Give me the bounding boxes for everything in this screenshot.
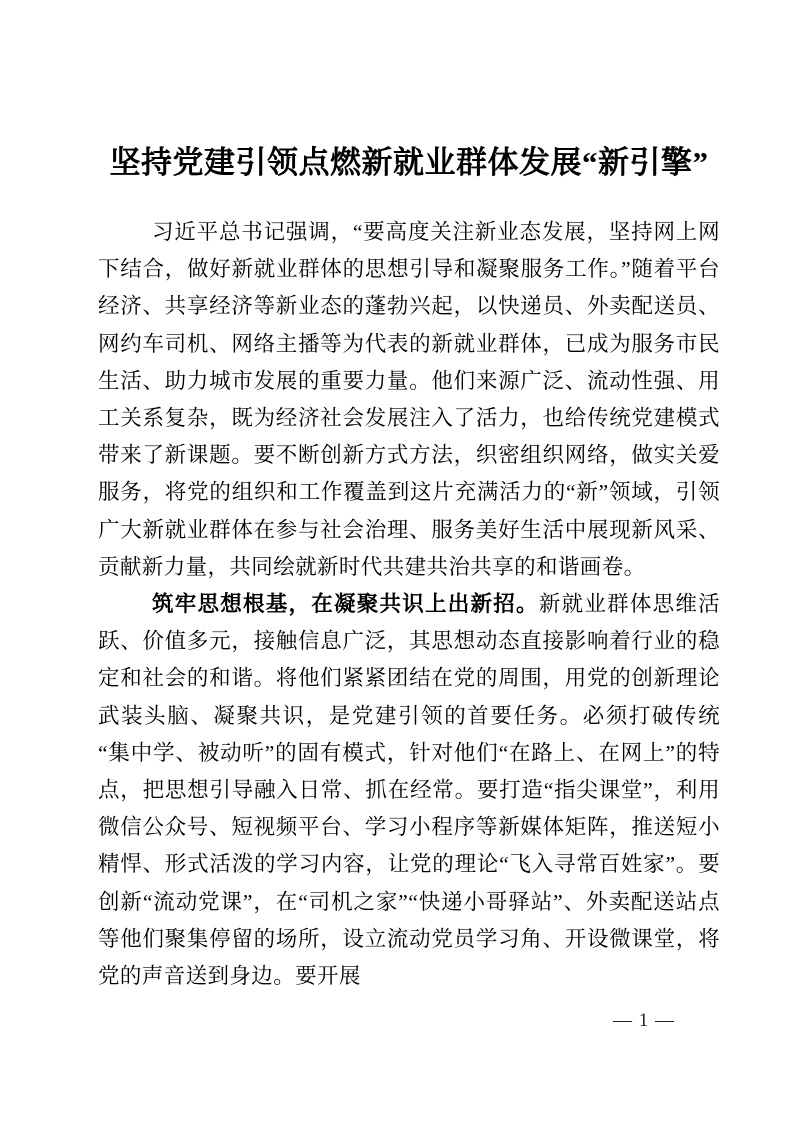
document-page: 坚持党建引领点燃新就业群体发展“新引擎” 习近平总书记强调，“要高度关注新业态发… — [0, 0, 793, 1122]
document-title: 坚持党建引领点燃新就业群体发展“新引擎” — [98, 141, 720, 185]
paragraph-2-text: 新就业群体思维活跃、价值多元，接触信息广泛，其思想动态直接影响着行业的稳定和社会… — [98, 592, 720, 988]
page-number: — 1 — — [613, 1009, 675, 1033]
paragraph-2-lead-heading: 筑牢思想根基，在凝聚共识上出新招。 — [152, 592, 539, 616]
paragraph-2: 筑牢思想根基，在凝聚共识上出新招。新就业群体思维活跃、价值多元，接触信息广泛，其… — [98, 586, 720, 995]
document-body: 习近平总书记强调，“要高度关注新业态发展，坚持网上网下结合，做好新就业群体的思想… — [98, 214, 720, 995]
paragraph-1: 习近平总书记强调，“要高度关注新业态发展，坚持网上网下结合，做好新就业群体的思想… — [98, 214, 720, 586]
paragraph-1-text: 习近平总书记强调，“要高度关注新业态发展，坚持网上网下结合，做好新就业群体的思想… — [98, 220, 720, 579]
